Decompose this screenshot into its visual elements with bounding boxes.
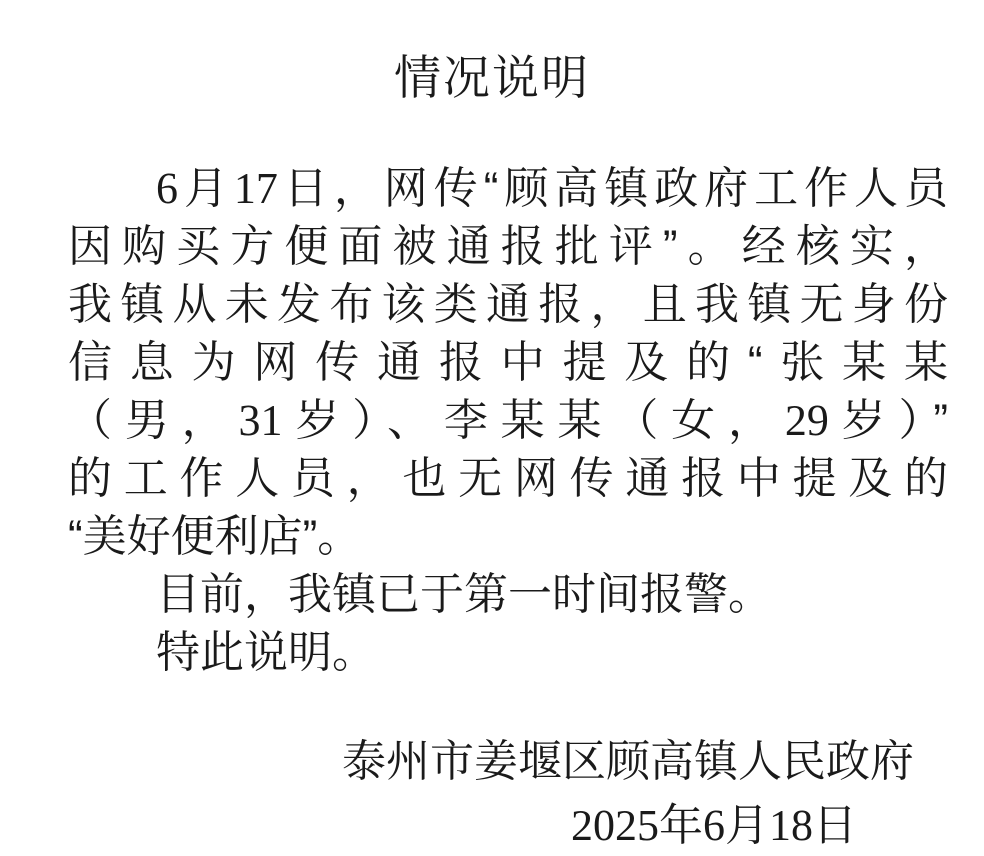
signature-date: 2025年6月18日 <box>68 794 948 856</box>
body-line: “美好便利店”。 <box>68 508 948 566</box>
body-line: 信息为网传通报中提及的“张某某 <box>68 334 948 392</box>
signature-block: 泰州市姜堰区顾高镇人民政府 2025年6月18日 <box>68 730 948 856</box>
notice-body: 6月17日，网传“顾高镇政府工作人员 因购买方便面被通报批评”。经核实， 我镇从… <box>68 160 948 856</box>
body-line: 因购买方便面被通报批评”。经核实， <box>68 218 948 276</box>
closing-line: 特此说明。 <box>68 624 948 682</box>
body-line: 6月17日，网传“顾高镇政府工作人员 <box>68 160 948 218</box>
body-line: 我镇从未发布该类通报，且我镇无身份 <box>68 276 948 334</box>
body-line: 的工作人员，也无网传通报中提及的 <box>68 450 948 508</box>
signature-organization: 泰州市姜堰区顾高镇人民政府 <box>68 730 948 794</box>
body-line: （男，31岁）、李某某（女，29岁）” <box>68 392 948 450</box>
closing-line: 目前，我镇已于第一时间报警。 <box>68 566 948 624</box>
notice-document: 情况说明 6月17日，网传“顾高镇政府工作人员 因购买方便面被通报批评”。经核实… <box>0 0 984 856</box>
page-title: 情况说明 <box>0 0 984 104</box>
